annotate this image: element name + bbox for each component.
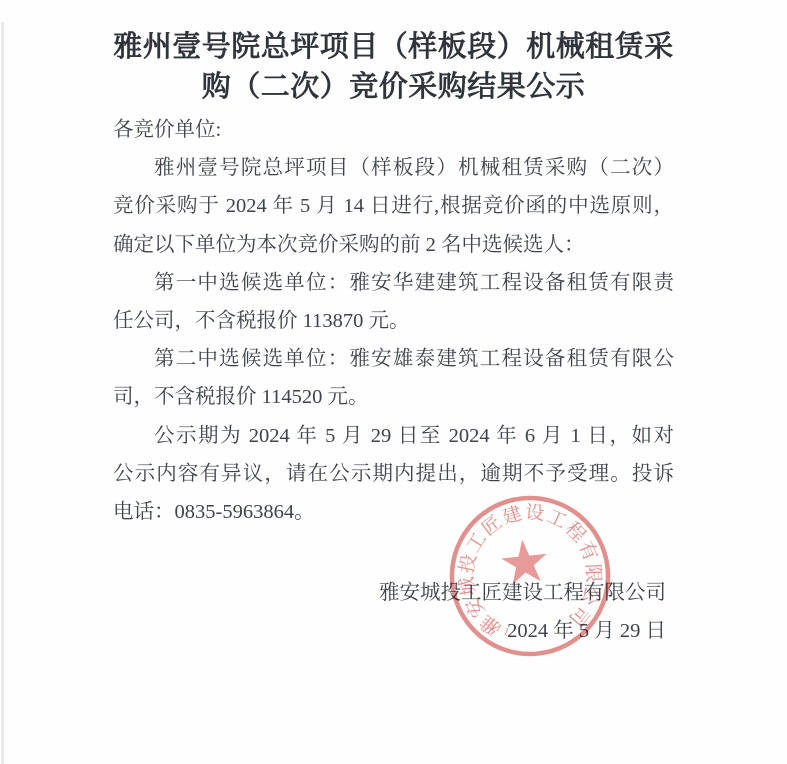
document-title-line-2: 购（二次）竞价采购结果公示 xyxy=(113,67,674,107)
body-line-6: 第二中选候选单位：雅安雄泰建筑工程设备租赁有限公 xyxy=(113,340,674,378)
body-line-9: 公示内容有异议，请在公示期内提出，逾期不予受理。投诉 xyxy=(113,455,674,493)
body-line-8: 公示期为 2024 年 5 月 29 日至 2024 年 6 月 1 日，如对 xyxy=(113,417,674,455)
signature-date: 2024 年 5 月 29 日 xyxy=(379,612,666,650)
svg-text:投: 投 xyxy=(456,552,481,575)
signature-block: 雅安城投工匠建设工程有限公司 2024 年 5 月 29 日 xyxy=(379,574,666,650)
body-line-1: 雅州壹号院总坪项目（样板段）机械租赁采购（二次） xyxy=(113,149,674,187)
scan-edge-artifact xyxy=(1,22,4,764)
body-line-7: 司，不含税报价 114520 元。 xyxy=(113,378,674,416)
salutation: 各竞价单位: xyxy=(113,111,674,149)
signature-company: 雅安城投工匠建设工程有限公司 xyxy=(379,574,666,612)
body-line-2: 竞价采购于 2024 年 5 月 14 日进行,根据竞价函的中选原则， xyxy=(113,187,674,225)
svg-text:工: 工 xyxy=(463,529,491,556)
page: 雅州壹号院总坪项目（样板段）机械租赁采 购（二次）竞价采购结果公示 各竞价单位:… xyxy=(0,0,787,764)
body-line-3: 确定以下单位为本次竞价采购的前 2 名中选候选人： xyxy=(113,226,674,264)
body-line-10: 电话：0835-5963864。 xyxy=(113,493,674,531)
body-line-5: 任公司，不含税报价 113870 元。 xyxy=(113,302,674,340)
document-title-line-1: 雅州壹号院总坪项目（样板段）机械租赁采 xyxy=(113,27,674,67)
body-line-4: 第一中选候选单位：雅安华建建筑工程设备租赁有限责 xyxy=(113,264,674,302)
svg-text:有: 有 xyxy=(574,538,602,564)
document-body: 各竞价单位: 雅州壹号院总坪项目（样板段）机械租赁采购（二次） 竞价采购于 20… xyxy=(113,111,674,531)
